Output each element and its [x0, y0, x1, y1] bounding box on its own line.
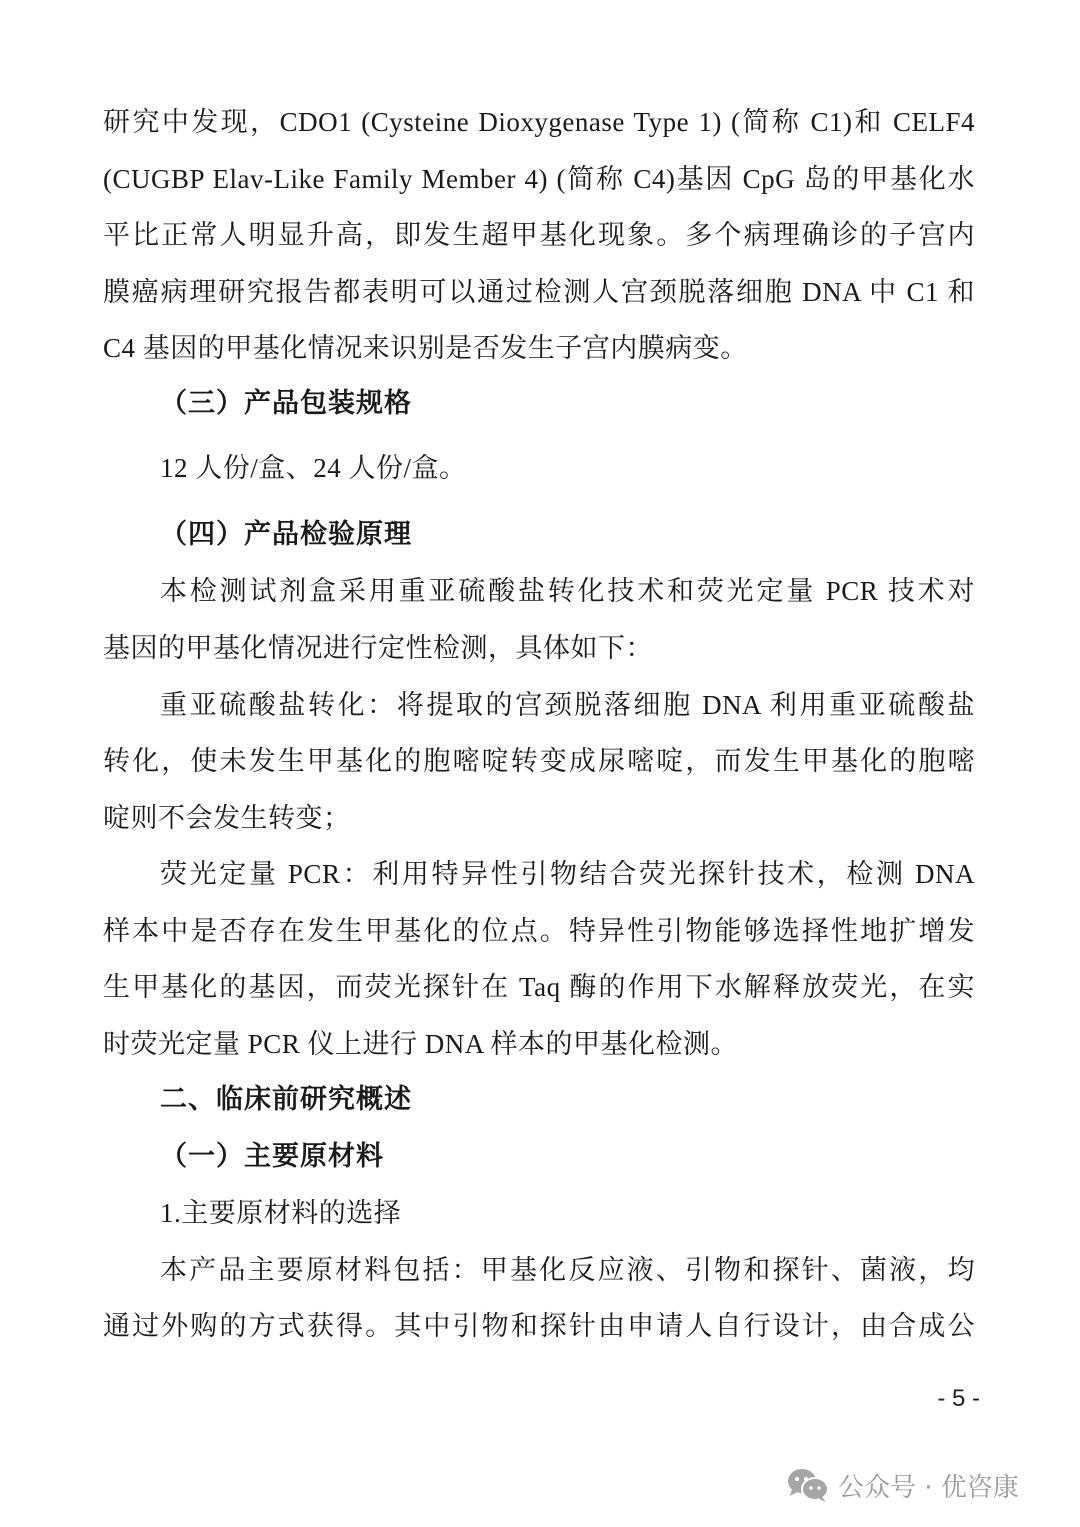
paragraph-line: 生甲基化的基因，而荧光探针在 Taq 酶的作用下水解释放荧光，在实 [103, 967, 975, 1007]
paragraph-line: (CUGBP Elav-Like Family Member 4) (简称 C4… [103, 159, 975, 199]
document-page: 研究中发现，CDO1 (Cysteine Dioxygenase Type 1)… [0, 0, 1080, 1527]
paragraph-line: 转化，使未发生甲基化的胞嘧啶转变成尿嘧啶，而发生甲基化的胞嘧 [103, 741, 975, 781]
paragraph-line: 荧光定量 PCR：利用特异性引物结合荧光探针技术，检测 DNA [160, 854, 975, 894]
section-heading: （四）产品检验原理 [160, 515, 975, 555]
watermark-text: 公众号 · 优咨康 [838, 1467, 1019, 1504]
paragraph-line: 1.主要原材料的选择 [160, 1193, 975, 1233]
section-heading: 二、临床前研究概述 [160, 1080, 975, 1120]
paragraph-line: 膜癌病理研究报告都表明可以通过检测人宫颈脱落细胞 DNA 中 C1 和 [103, 272, 975, 312]
paragraph-line: 研究中发现，CDO1 (Cysteine Dioxygenase Type 1)… [103, 102, 975, 142]
paragraph-line: 本检测试剂盒采用重亚硫酸盐转化技术和荧光定量 PCR 技术对 [160, 571, 975, 611]
section-heading: （一）主要原材料 [160, 1137, 975, 1177]
wechat-icon [786, 1467, 830, 1503]
paragraph-line: C4 基因的甲基化情况来识别是否发生子宫内膜病变。 [103, 328, 975, 368]
paragraph-line: 基因的甲基化情况进行定性检测，具体如下： [103, 628, 975, 668]
paragraph-line: 本产品主要原材料包括：甲基化反应液、引物和探针、菌液，均 [160, 1250, 975, 1290]
paragraph-line: 平比正常人明显升高，即发生超甲基化现象。多个病理确诊的子宫内 [103, 215, 975, 255]
paragraph-line: 啶则不会发生转变； [103, 798, 975, 838]
page-number: - 5 - [900, 1385, 980, 1413]
paragraph-line: 12 人份/盒、24 人份/盒。 [160, 448, 975, 488]
paragraph-line: 通过外购的方式获得。其中引物和探针由申请人自行设计，由合成公 [103, 1306, 975, 1346]
paragraph-line: 重亚硫酸盐转化：将提取的宫颈脱落细胞 DNA 利用重亚硫酸盐 [160, 685, 975, 725]
paragraph-line: 样本中是否存在发生甲基化的位点。特异性引物能够选择性地扩增发 [103, 911, 975, 951]
paragraph-line: 时荧光定量 PCR 仪上进行 DNA 样本的甲基化检测。 [103, 1024, 975, 1064]
section-heading: （三）产品包装规格 [160, 384, 975, 424]
watermark: 公众号 · 优咨康 [786, 1465, 1019, 1505]
